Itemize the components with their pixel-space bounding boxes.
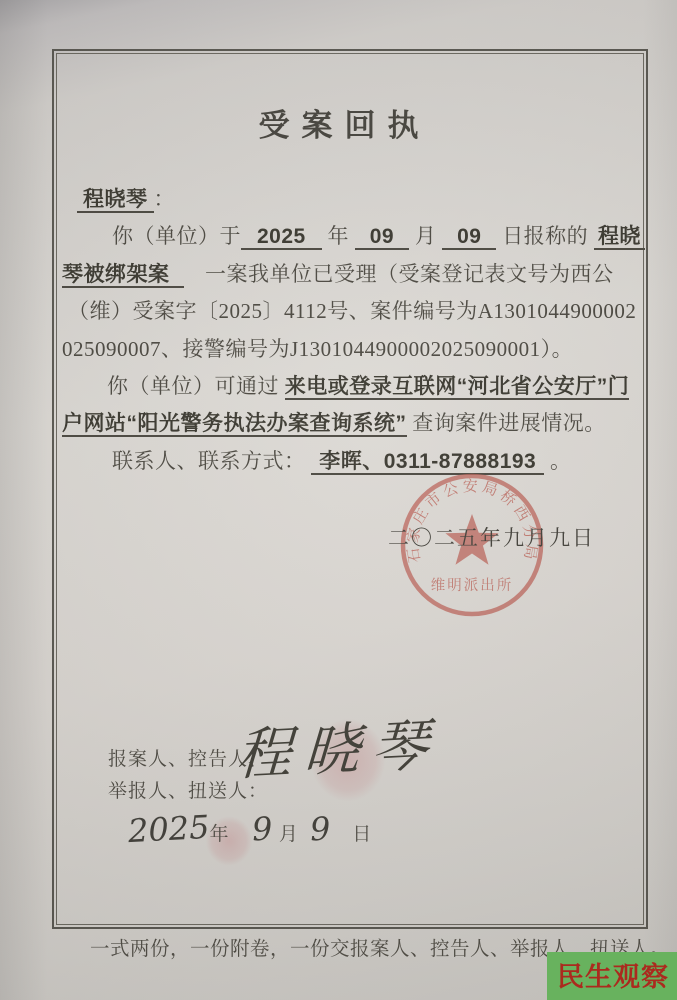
text-run: 月 [409, 224, 442, 248]
body-line-accepted: 琴被绑架案 一案我单位已受理（受案登记表文号为西公 [62, 256, 622, 293]
issue-date: 二〇二五年九月九日 [388, 522, 595, 552]
field-report-day: 09 [442, 225, 496, 250]
text-run: 查询案件进展情况。 [407, 411, 606, 435]
body-line-query-channel-2: 户网站“阳光警务执法办案查询系统” 查询案件进展情况。 [62, 405, 622, 442]
text-run: 你（单位）可通过 [107, 374, 285, 398]
field-report-month: 09 [355, 225, 409, 250]
year-label: 年 [209, 824, 228, 845]
field-case-name-part1: 程晓 [594, 225, 645, 250]
handwritten-month: 9 [251, 809, 273, 848]
seal-station-name: 维明派出所 [431, 577, 514, 594]
document-body: 程晓琴： 你（单位）于2025 年 09 月 09 日报称的 程晓 琴被绑架案 … [62, 181, 622, 480]
watermark-label: 民生观察 [547, 952, 677, 1000]
body-line-alert-number: 025090007、接警编号为J1301044900002025090001）。 [62, 331, 622, 368]
document-title: 受案回执 [0, 100, 677, 145]
field-report-year: 2025 [241, 225, 322, 250]
field-contact-info: 李晖、0311-87888193 [311, 450, 544, 475]
handwritten-signature: 程晓琴 [234, 700, 442, 791]
text-run: 日报称的 [496, 224, 594, 248]
document-photo: 受案回执 程晓琴： 你（单位）于2025 年 09 月 09 日报称的 程晓 琴… [0, 0, 677, 1000]
text-run-registration-case-number: （维）受案字〔2025〕4112号、案件编号为A1301044900002 [68, 299, 636, 323]
body-line-report: 你（单位）于2025 年 09 月 09 日报称的 程晓 [62, 218, 622, 255]
field-addressee-name: 程晓琴 [77, 188, 154, 213]
field-query-channel-part2: 户网站“阳光警务执法办案查询系统” [62, 412, 407, 437]
text-run: 一案我单位已受理（受案登记表文号为西公 [184, 262, 614, 286]
handwritten-date: 2025年 9月 9日 [128, 810, 371, 848]
field-query-channel-part1: 来电或登录互联网“河北省公安厅”门 [285, 375, 630, 400]
text-run-alert-number: 025090007、接警编号为J1301044900002025090001）。 [62, 337, 573, 361]
body-line-query-channel-1: 你（单位）可通过 来电或登录互联网“河北省公安厅”门 [62, 368, 622, 405]
handwritten-day: 9 [309, 809, 331, 848]
salutation-line: 程晓琴： [62, 181, 622, 218]
body-line-registration-number: （维）受案字〔2025〕4112号、案件编号为A1301044900002 [62, 293, 622, 330]
day-label: 日 [352, 824, 371, 845]
handwritten-year: 2025 [127, 808, 210, 850]
salutation-colon: ： [154, 187, 176, 211]
text-run: 。 [544, 449, 571, 473]
text-run: 你（单位）于 [112, 224, 241, 248]
field-case-name-part2: 琴被绑架案 [62, 263, 184, 288]
text-run: 联系人、联系方式： [112, 449, 311, 473]
month-label: 月 [279, 824, 298, 845]
text-run: 年 [322, 224, 355, 248]
